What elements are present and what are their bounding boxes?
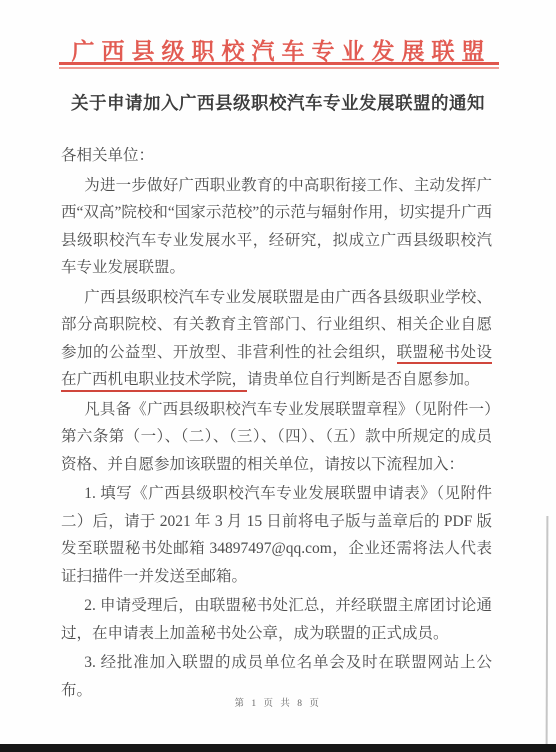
document-body: 各相关单位： 为进一步做好广西职业教育的中高职衔接工作、主动发挥广西“双高”院校…	[61, 142, 492, 706]
paragraph-purpose: 为进一步做好广西职业教育的中高职衔接工作、主动发挥广西“双高”院校和“国家示范校…	[61, 172, 492, 282]
step-2-review-approval: 2. 申请受理后，由联盟秘书处汇总，并经联盟主席团讨论通过，在申请表上加盖秘书处…	[61, 592, 492, 647]
scan-edge-right	[546, 516, 549, 745]
scan-edge-bottom	[0, 744, 556, 752]
voluntary-join-text: 请贵单位自行判断是否自愿参加。	[247, 371, 480, 388]
paragraph-eligibility: 凡具备《广西县级职校汽车专业发展联盟章程》（见附件一）第六条第（一）、（二）、（…	[61, 396, 492, 479]
paragraph-alliance-nature: 广西县级职校汽车专业发展联盟是由广西各县级职业学校、部分高职院校、有关教育主管部…	[61, 284, 492, 394]
document-title: 关于申请加入广西县级职校汽车专业发展联盟的通知	[0, 90, 556, 115]
scanned-notice-page: 广西县级职校汽车专业发展联盟 关于申请加入广西县级职校汽车专业发展联盟的通知 各…	[0, 0, 556, 752]
footer-page-number: 第 1 页 共 8 页	[0, 695, 556, 709]
salutation: 各相关单位：	[61, 142, 492, 170]
step-1-fill-application: 1. 填写《广西县级职校汽车专业发展联盟申请表》（见附件二）后，请于 2021 …	[61, 480, 492, 590]
letterhead-rule	[59, 62, 499, 69]
